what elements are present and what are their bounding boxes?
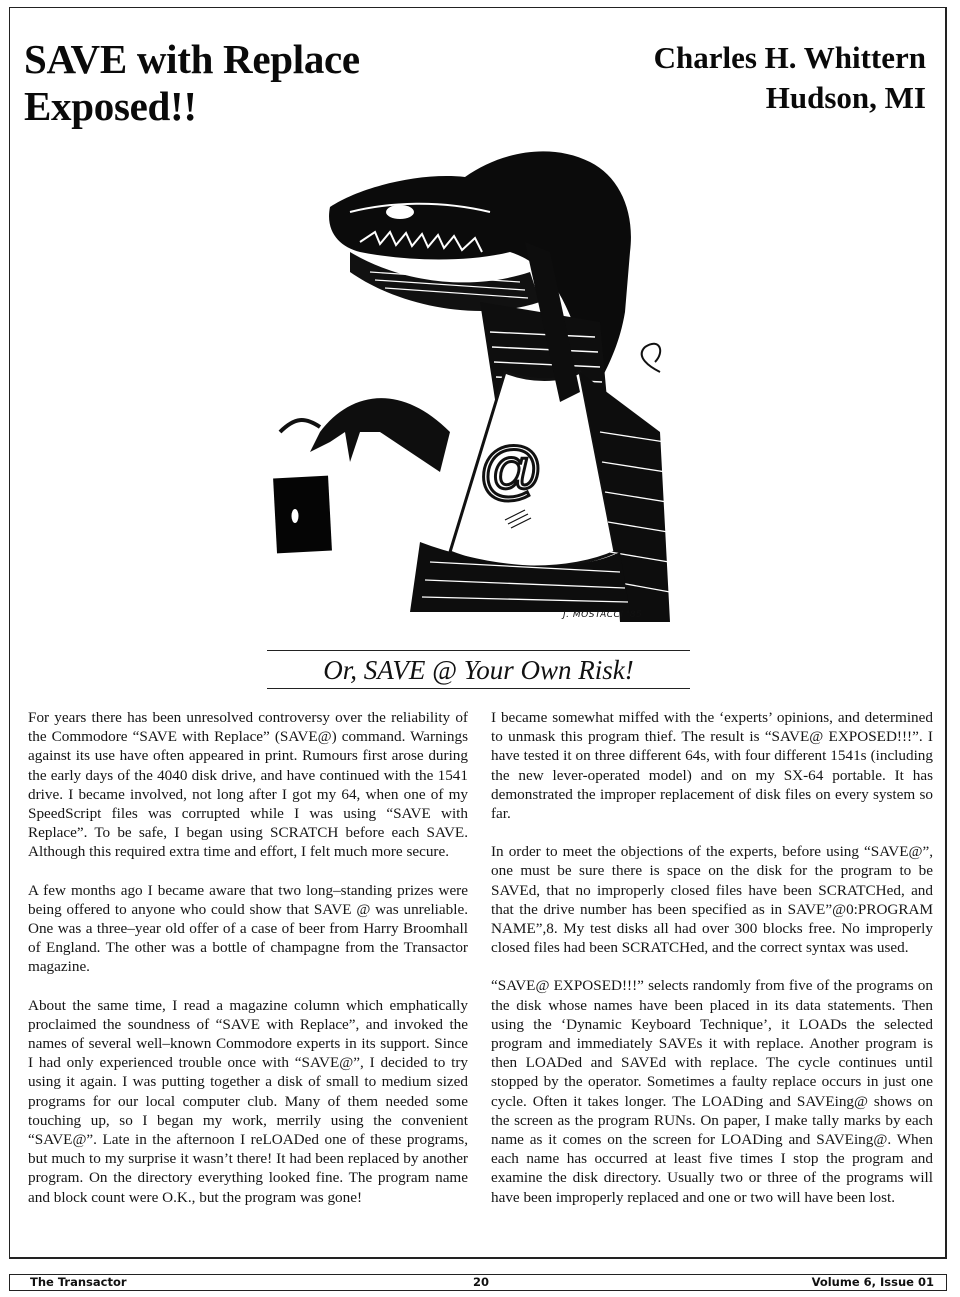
article-subtitle: Or, SAVE @ Your Own Risk! [267, 653, 690, 687]
body-column-left: For years there has been unresolved cont… [28, 708, 468, 1226]
title-line-1: SAVE with Replace [24, 36, 360, 83]
at-sign-icon: @ [478, 434, 543, 506]
author-name: Charles H. Whittern [654, 38, 926, 78]
paragraph: A few months ago I became aware that two… [28, 881, 468, 977]
paragraph: In order to meet the objections of the e… [491, 842, 933, 957]
paragraph: I became somewhat miffed with the ‘exper… [491, 708, 933, 823]
subtitle-rule-bottom [267, 688, 690, 689]
artist-signature: J. MOSTACCI '85 [563, 610, 642, 620]
paragraph: About the same time, I read a magazine c… [28, 996, 468, 1207]
author-location: Hudson, MI [654, 78, 926, 118]
article-title: SAVE with Replace Exposed!! [24, 36, 360, 130]
dinosaur-illustration: @ [250, 132, 670, 622]
issue-label: Volume 6, Issue 01 [812, 1275, 934, 1289]
dinosaur-icon: @ [250, 132, 670, 622]
floppy-disk-icon [273, 476, 332, 554]
paragraph: For years there has been unresolved cont… [28, 708, 468, 862]
paragraph: “SAVE@ EXPOSED!!!” selects randomly from… [491, 976, 933, 1206]
svg-text:@: @ [478, 434, 543, 506]
byline: Charles H. Whittern Hudson, MI [654, 38, 926, 118]
body-column-right: I became somewhat miffed with the ‘exper… [491, 708, 933, 1226]
page-number: 20 [473, 1275, 489, 1289]
subtitle-rule-top [267, 650, 690, 651]
page-footer: The Transactor 20 Volume 6, Issue 01 [9, 1274, 947, 1291]
publication-name: The Transactor [30, 1275, 127, 1289]
title-line-2: Exposed!! [24, 83, 360, 130]
